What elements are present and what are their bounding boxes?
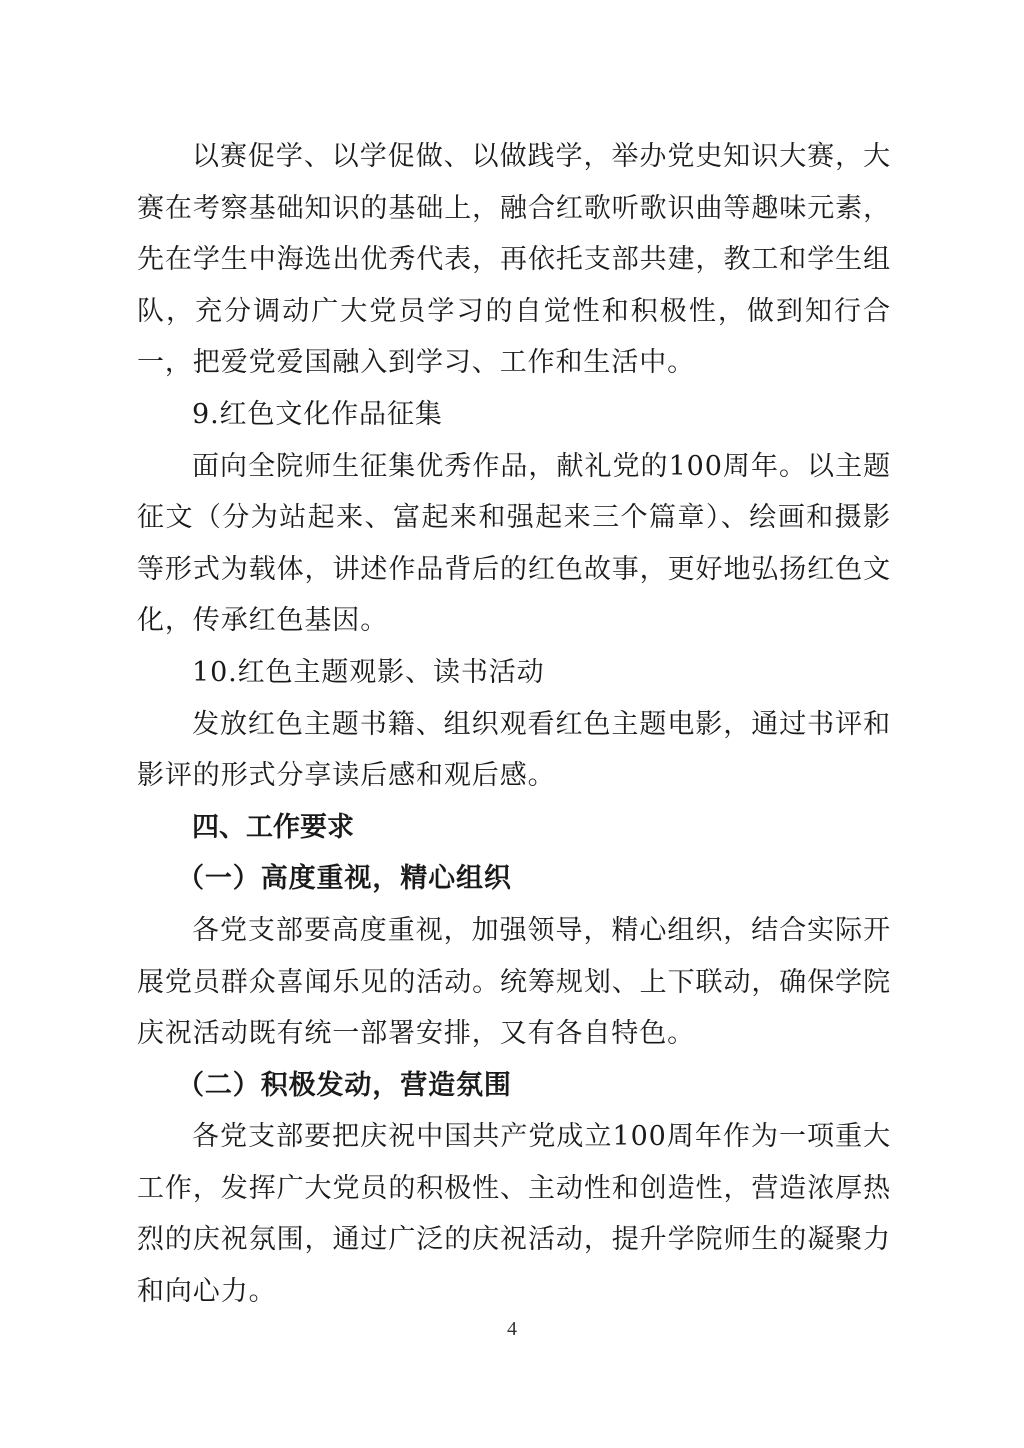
paragraph-attach-importance: 各党支部要高度重视，加强领导，精心组织，结合实际开展党员群众喜闻乐见的活动。统筹… xyxy=(137,905,891,1060)
item-title-9: 9.红色文化作品征集 xyxy=(137,389,891,441)
document-page: 以赛促学、以学促做、以做践学，举办党史知识大赛，大赛在考察基础知识的基础上，融合… xyxy=(137,131,891,1318)
paragraph-red-films-books: 发放红色主题书籍、组织观看红色主题电影，通过书评和影评的形式分享读后感和观后感。 xyxy=(137,699,891,802)
paragraph-knowledge-contest: 以赛促学、以学促做、以做践学，举办党史知识大赛，大赛在考察基础知识的基础上，融合… xyxy=(137,131,891,389)
subheading-attach-importance: （一）高度重视，精心组织 xyxy=(137,853,891,905)
item-title-10: 10.红色主题观影、读书活动 xyxy=(137,647,891,699)
section-heading-work-requirements: 四、工作要求 xyxy=(137,802,891,854)
paragraph-mobilize-atmosphere: 各党支部要把庆祝中国共产党成立100周年作为一项重大工作，发挥广大党员的积极性、… xyxy=(137,1111,891,1317)
page-number: 4 xyxy=(0,1318,1024,1341)
paragraph-red-culture-works: 面向全院师生征集优秀作品，献礼党的100周年。以主题征文（分为站起来、富起来和强… xyxy=(137,441,891,647)
subheading-mobilize-atmosphere: （二）积极发动，营造氛围 xyxy=(137,1060,891,1112)
